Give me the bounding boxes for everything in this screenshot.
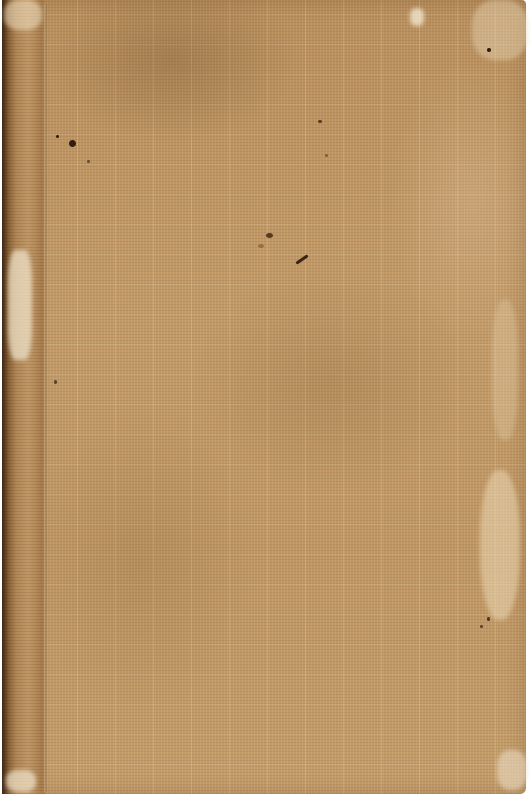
worn-patch bbox=[6, 770, 36, 792]
worn-patch bbox=[410, 8, 424, 26]
ink-spot bbox=[487, 48, 491, 52]
worn-patch bbox=[492, 300, 518, 440]
ink-spot bbox=[480, 625, 483, 628]
dark-streak bbox=[295, 254, 308, 264]
spine-hinge bbox=[2, 0, 46, 794]
hinge-crease bbox=[44, 4, 47, 792]
stain-spot bbox=[266, 233, 273, 238]
stain-spot bbox=[318, 120, 322, 123]
stain-spot bbox=[325, 154, 328, 157]
book-cover-photo bbox=[0, 0, 531, 800]
ink-spot bbox=[56, 135, 59, 138]
stain-spot bbox=[258, 244, 264, 248]
ink-spot bbox=[487, 617, 490, 621]
worn-patch bbox=[472, 0, 528, 60]
worn-patch bbox=[480, 470, 520, 620]
worn-patch bbox=[8, 250, 32, 360]
ink-spot bbox=[54, 380, 57, 384]
worn-patch bbox=[4, 0, 42, 30]
worn-patch bbox=[497, 750, 527, 790]
ink-spot bbox=[87, 160, 90, 163]
cloth-cover bbox=[2, 0, 526, 794]
ink-spot bbox=[69, 140, 76, 147]
